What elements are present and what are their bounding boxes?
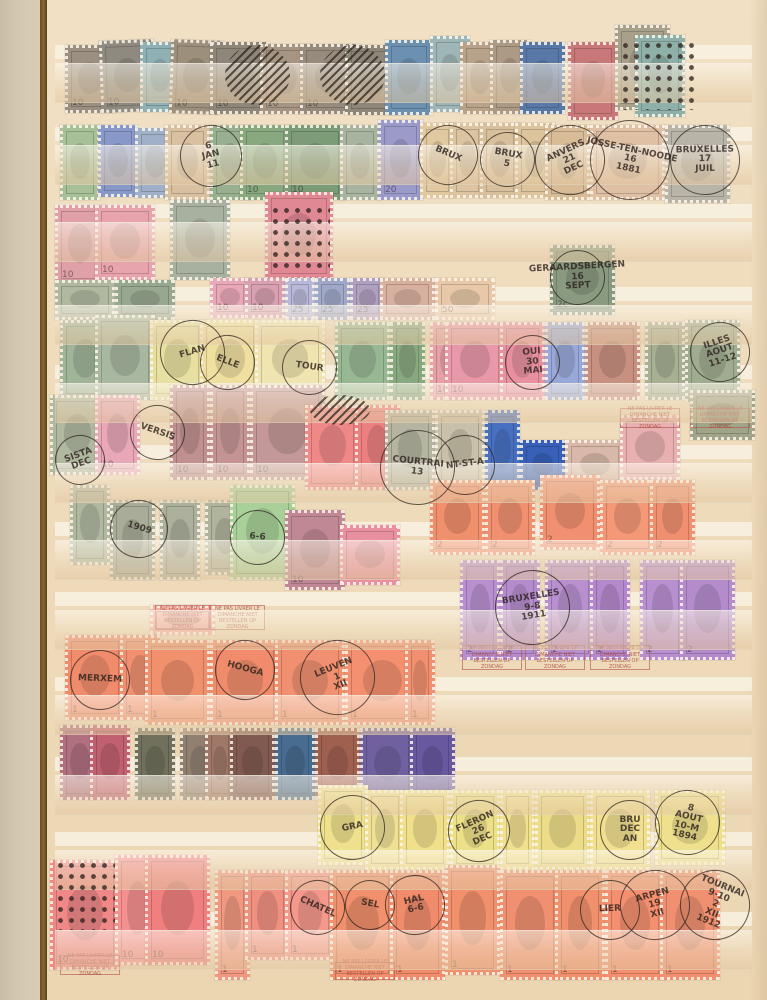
bar-cancel [310,395,370,425]
stamp-portrait [444,498,471,534]
strip-edge [55,204,752,218]
album-binding-edge [40,0,47,1000]
stamp-portrait [399,341,415,378]
dotted-cancel [55,860,115,930]
bar-cancel [225,45,290,105]
glassine-strip [55,305,752,345]
stamp-denomination: 10 [247,185,258,195]
dotted-cancel [270,205,330,270]
stamp-portrait [655,341,674,378]
stamp-portrait [614,498,641,534]
stamp-portrait [80,504,99,543]
bar-cancel [320,45,385,105]
stamp-denomination: 10 [62,270,73,280]
stamp-portrait [509,809,525,848]
stamp-portrait [549,809,576,848]
stamp-portrait [498,498,523,534]
stamp-portrait [73,339,98,378]
stamp-portrait [70,743,89,779]
dotted-cancel [620,40,700,110]
glassine-strip [55,222,752,262]
glassine-strip [55,610,752,650]
stamp-portrait [100,743,119,779]
stock-book-photo: 10101010101010102010102c1010252525501010… [0,0,767,1000]
stamp-portrait [413,809,438,848]
glassine-strip [55,695,752,735]
stamp-denomination: 20 [385,185,396,195]
stamp-portrait [635,431,665,462]
stamp-denomination: 10 [102,265,113,275]
postmark-bru: BRU DEC AN [600,800,660,860]
stamp-portrait [494,429,510,468]
